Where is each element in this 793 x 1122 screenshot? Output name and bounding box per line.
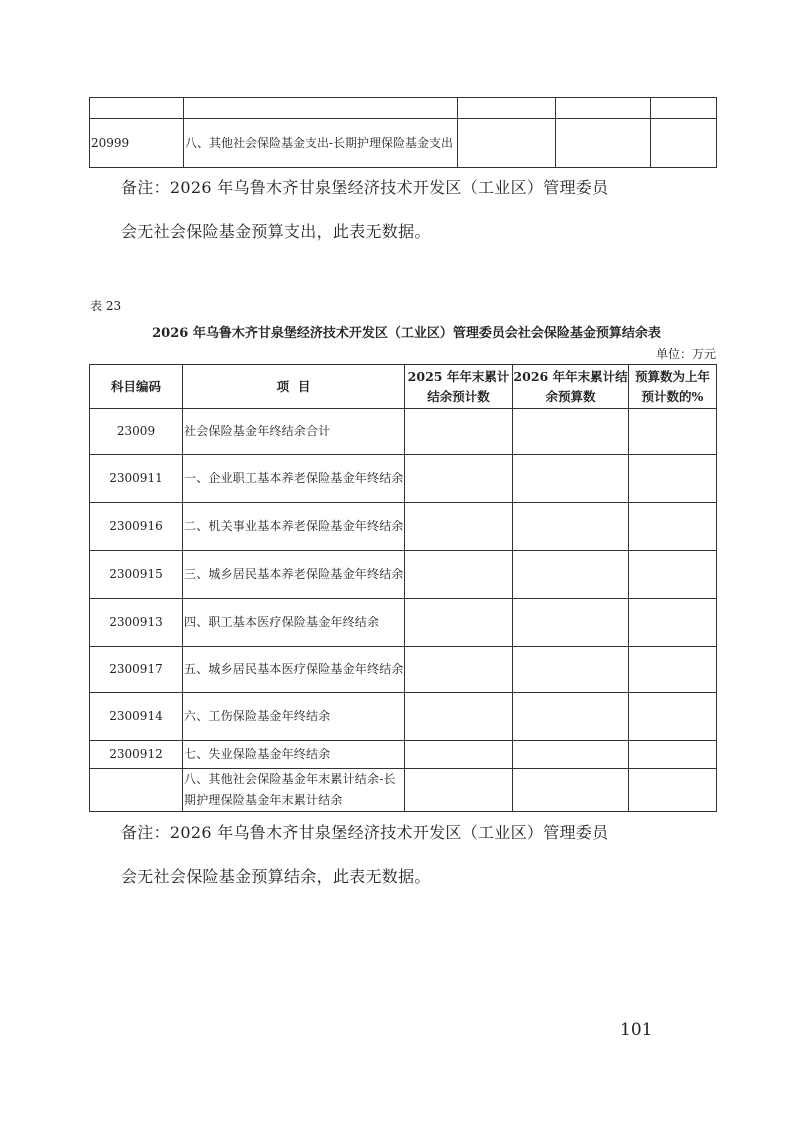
value-cell [651, 119, 717, 168]
table-row: 23009 社会保险基金年终结余合计 [90, 409, 717, 455]
item-cell: 二、机关事业基本养老保险基金年终结余 [183, 503, 405, 551]
value-2026-cell [513, 769, 629, 812]
code-cell [90, 98, 184, 119]
value-cell [556, 98, 651, 119]
code-cell: 20999 [90, 119, 184, 168]
code-cell: 23009 [90, 409, 183, 455]
value-2025-cell [405, 551, 513, 599]
value-cell [651, 98, 717, 119]
header-row: 科目编码 项 目 2025 年年末累计结余预计数 2026 年年末累计结余预算数… [90, 365, 717, 409]
table-row: 2300917 五、城乡居民基本医疗保险基金年终结余 [90, 647, 717, 693]
value-2026-cell [513, 741, 629, 769]
value-2025-cell [405, 693, 513, 741]
page-number: 101 [620, 1020, 652, 1040]
value-2025-cell [405, 455, 513, 503]
item-cell: 五、城乡居民基本医疗保险基金年终结余 [183, 647, 405, 693]
item-cell: 八、其他社会保险基金年末累计结余-长期护理保险基金年末累计结余 [183, 769, 405, 812]
pct-cell [629, 455, 717, 503]
note-balance-line1: 备注：2026 年乌鲁木齐甘泉堡经济技术开发区（工业区）管理委员 [121, 822, 608, 844]
value-2025-cell [405, 741, 513, 769]
unit-label: 单位：万元 [656, 345, 716, 362]
table-label: 表 23 [90, 297, 121, 314]
item-cell: 一、企业职工基本养老保险基金年终结余 [183, 455, 405, 503]
code-cell: 2300913 [90, 599, 183, 647]
table-row: 2300913 四、职工基本医疗保险基金年终结余 [90, 599, 717, 647]
note-expenditure-line1: 备注：2026 年乌鲁木齐甘泉堡经济技术开发区（工业区）管理委员 [121, 177, 608, 199]
code-cell: 2300916 [90, 503, 183, 551]
code-cell: 2300911 [90, 455, 183, 503]
code-cell: 2300912 [90, 741, 183, 769]
header-code: 科目编码 [90, 365, 183, 409]
value-cell [458, 98, 556, 119]
pct-cell [629, 551, 717, 599]
header-item: 项 目 [183, 365, 405, 409]
header-pct: 预算数为上年预计数的% [629, 365, 717, 409]
item-cell: 七、失业保险基金年终结余 [183, 741, 405, 769]
table-row: 2300915 三、城乡居民基本养老保险基金年终结余 [90, 551, 717, 599]
header-2025: 2025 年年末累计结余预计数 [405, 365, 513, 409]
table-row: 20999 八、其他社会保险基金支出-长期护理保险基金支出 [90, 119, 717, 168]
pct-cell [629, 741, 717, 769]
value-2026-cell [513, 599, 629, 647]
item-cell: 八、其他社会保险基金支出-长期护理保险基金支出 [184, 119, 458, 168]
table-row: 2300914 六、工伤保险基金年终结余 [90, 693, 717, 741]
code-cell [90, 769, 183, 812]
table-row [90, 98, 717, 119]
value-2026-cell [513, 647, 629, 693]
item-cell: 六、工伤保险基金年终结余 [183, 693, 405, 741]
pct-cell [629, 599, 717, 647]
balance-table: 科目编码 项 目 2025 年年末累计结余预计数 2026 年年末累计结余预算数… [89, 364, 717, 812]
value-2025-cell [405, 599, 513, 647]
pct-cell [629, 769, 717, 812]
table-row: 2300916 二、机关事业基本养老保险基金年终结余 [90, 503, 717, 551]
table-title: 2026 年乌鲁木齐甘泉堡经济技术开发区（工业区）管理委员会社会保险基金预算结余… [0, 322, 793, 341]
pct-cell [629, 409, 717, 455]
value-2026-cell [513, 409, 629, 455]
value-cell [458, 119, 556, 168]
table-row: 2300911 一、企业职工基本养老保险基金年终结余 [90, 455, 717, 503]
table-row: 八、其他社会保险基金年末累计结余-长期护理保险基金年末累计结余 [90, 769, 717, 812]
value-2026-cell [513, 455, 629, 503]
code-cell: 2300917 [90, 647, 183, 693]
pct-cell [629, 693, 717, 741]
pct-cell [629, 503, 717, 551]
table-row: 2300912 七、失业保险基金年终结余 [90, 741, 717, 769]
item-cell: 社会保险基金年终结余合计 [183, 409, 405, 455]
value-2025-cell [405, 769, 513, 812]
header-2026: 2026 年年末累计结余预算数 [513, 365, 629, 409]
value-2026-cell [513, 551, 629, 599]
value-2025-cell [405, 503, 513, 551]
value-2025-cell [405, 409, 513, 455]
note-balance-line2: 会无社会保险基金预算结余，此表无数据。 [121, 866, 431, 888]
pct-cell [629, 647, 717, 693]
item-cell: 四、职工基本医疗保险基金年终结余 [183, 599, 405, 647]
item-cell [184, 98, 458, 119]
item-cell: 三、城乡居民基本养老保险基金年终结余 [183, 551, 405, 599]
code-cell: 2300915 [90, 551, 183, 599]
code-cell: 2300914 [90, 693, 183, 741]
note-expenditure-line2: 会无社会保险基金预算支出，此表无数据。 [121, 221, 431, 243]
value-2026-cell [513, 503, 629, 551]
expenditure-table-continuation: 20999 八、其他社会保险基金支出-长期护理保险基金支出 [89, 97, 717, 168]
value-cell [556, 119, 651, 168]
value-2026-cell [513, 693, 629, 741]
value-2025-cell [405, 647, 513, 693]
